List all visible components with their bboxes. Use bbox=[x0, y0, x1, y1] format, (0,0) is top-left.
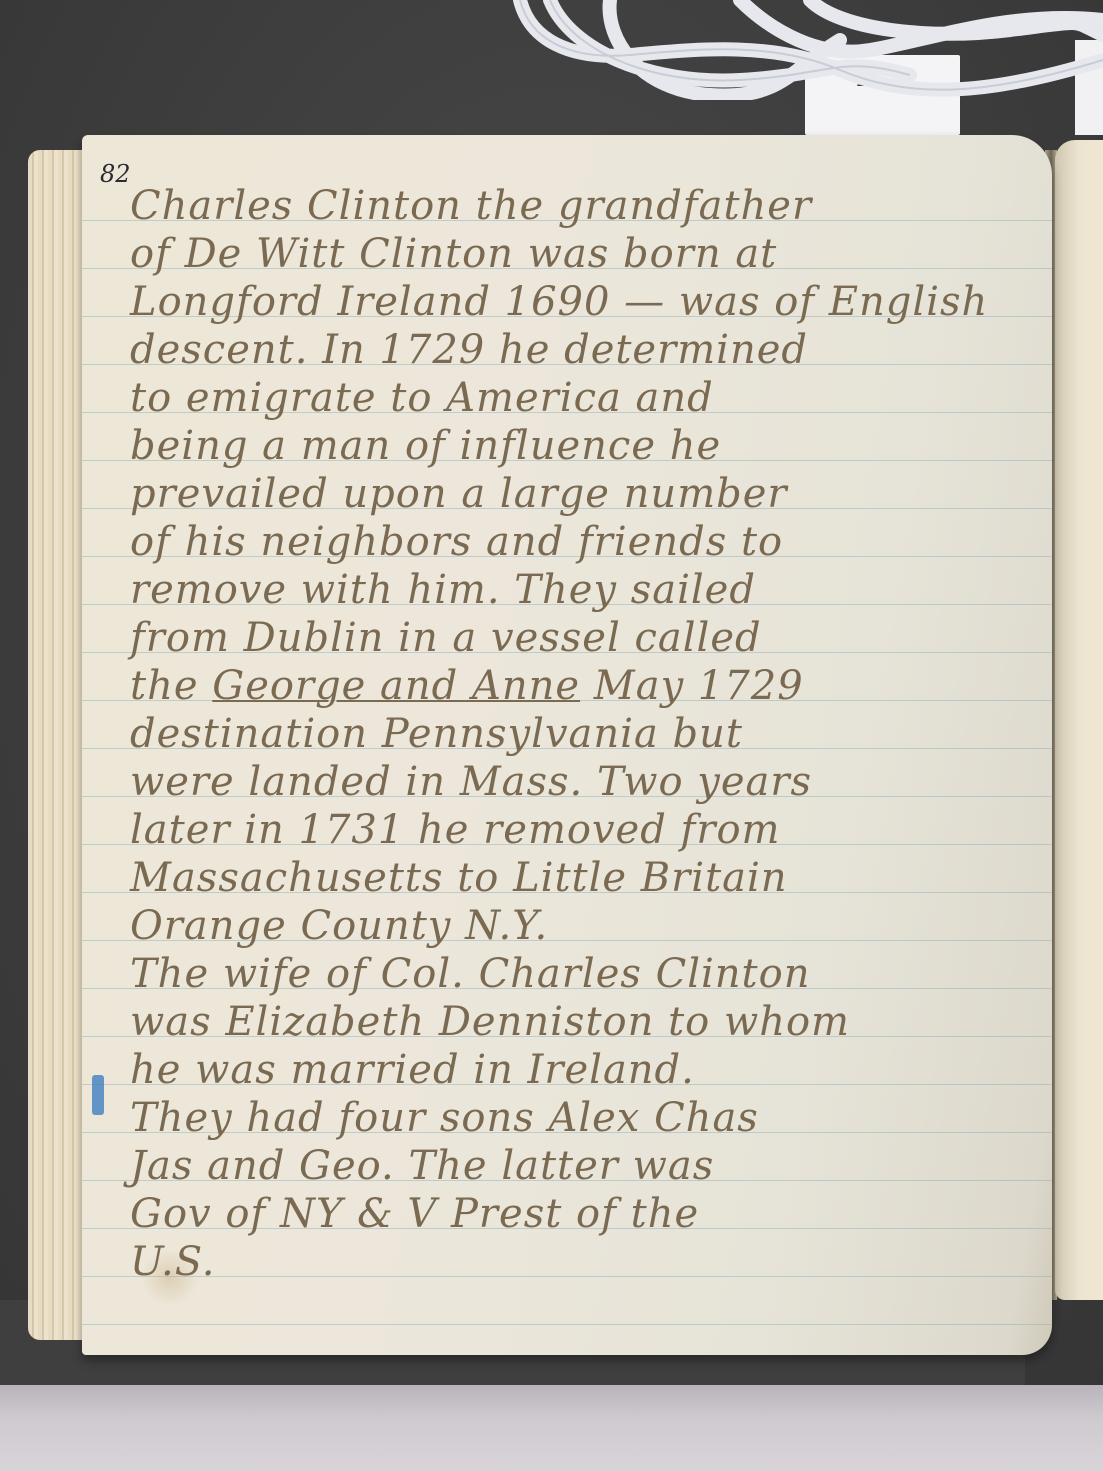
text-line: destination Pennsylvania but bbox=[130, 710, 1040, 758]
text-line: to emigrate to America and bbox=[130, 374, 1040, 422]
text-line: They had four sons Alex Chas bbox=[130, 1094, 1040, 1142]
blue-ink-mark bbox=[92, 1075, 104, 1115]
text-line: of his neighbors and friends to bbox=[130, 518, 1040, 566]
text-line: Orange County N.Y. bbox=[130, 902, 1040, 950]
text-line: Charles Clinton the grandfather bbox=[130, 182, 1040, 230]
text-line: descent. In 1729 he determined bbox=[130, 326, 1040, 374]
underlined-ship-name: George and Anne bbox=[212, 663, 580, 709]
text-line-paragraph-start: The wife of Col. Charles Clinton bbox=[130, 950, 1040, 998]
table-surface bbox=[0, 1385, 1103, 1471]
text-line: U.S. bbox=[130, 1238, 1040, 1286]
text-line: Gov of NY & V Prest of the bbox=[130, 1190, 1040, 1238]
white-cord bbox=[510, 0, 1103, 100]
text-line: he was married in Ireland. bbox=[130, 1046, 1040, 1094]
text-line: Longford Ireland 1690 — was of English bbox=[130, 278, 1040, 326]
text-line: Massachusetts to Little Britain bbox=[130, 854, 1040, 902]
text-line: was Elizabeth Denniston to whom bbox=[130, 998, 1040, 1046]
facing-page bbox=[1055, 140, 1103, 1300]
text-line: being a man of influence he bbox=[130, 422, 1040, 470]
text-line-underlined-ship-name: the George and Anne May 1729 bbox=[130, 662, 1040, 710]
text-line: later in 1731 he removed from bbox=[130, 806, 1040, 854]
text-line: of De Witt Clinton was born at bbox=[130, 230, 1040, 278]
text-line: Jas and Geo. The latter was bbox=[130, 1142, 1040, 1190]
page-number: 82 bbox=[100, 160, 131, 188]
text-line: prevailed upon a large number bbox=[130, 470, 1040, 518]
text-line: were landed in Mass. Two years bbox=[130, 758, 1040, 806]
text-line: remove with him. They sailed bbox=[130, 566, 1040, 614]
handwritten-text: Charles Clinton the grandfather of De Wi… bbox=[130, 182, 1040, 1286]
text-line: from Dublin in a vessel called bbox=[130, 614, 1040, 662]
